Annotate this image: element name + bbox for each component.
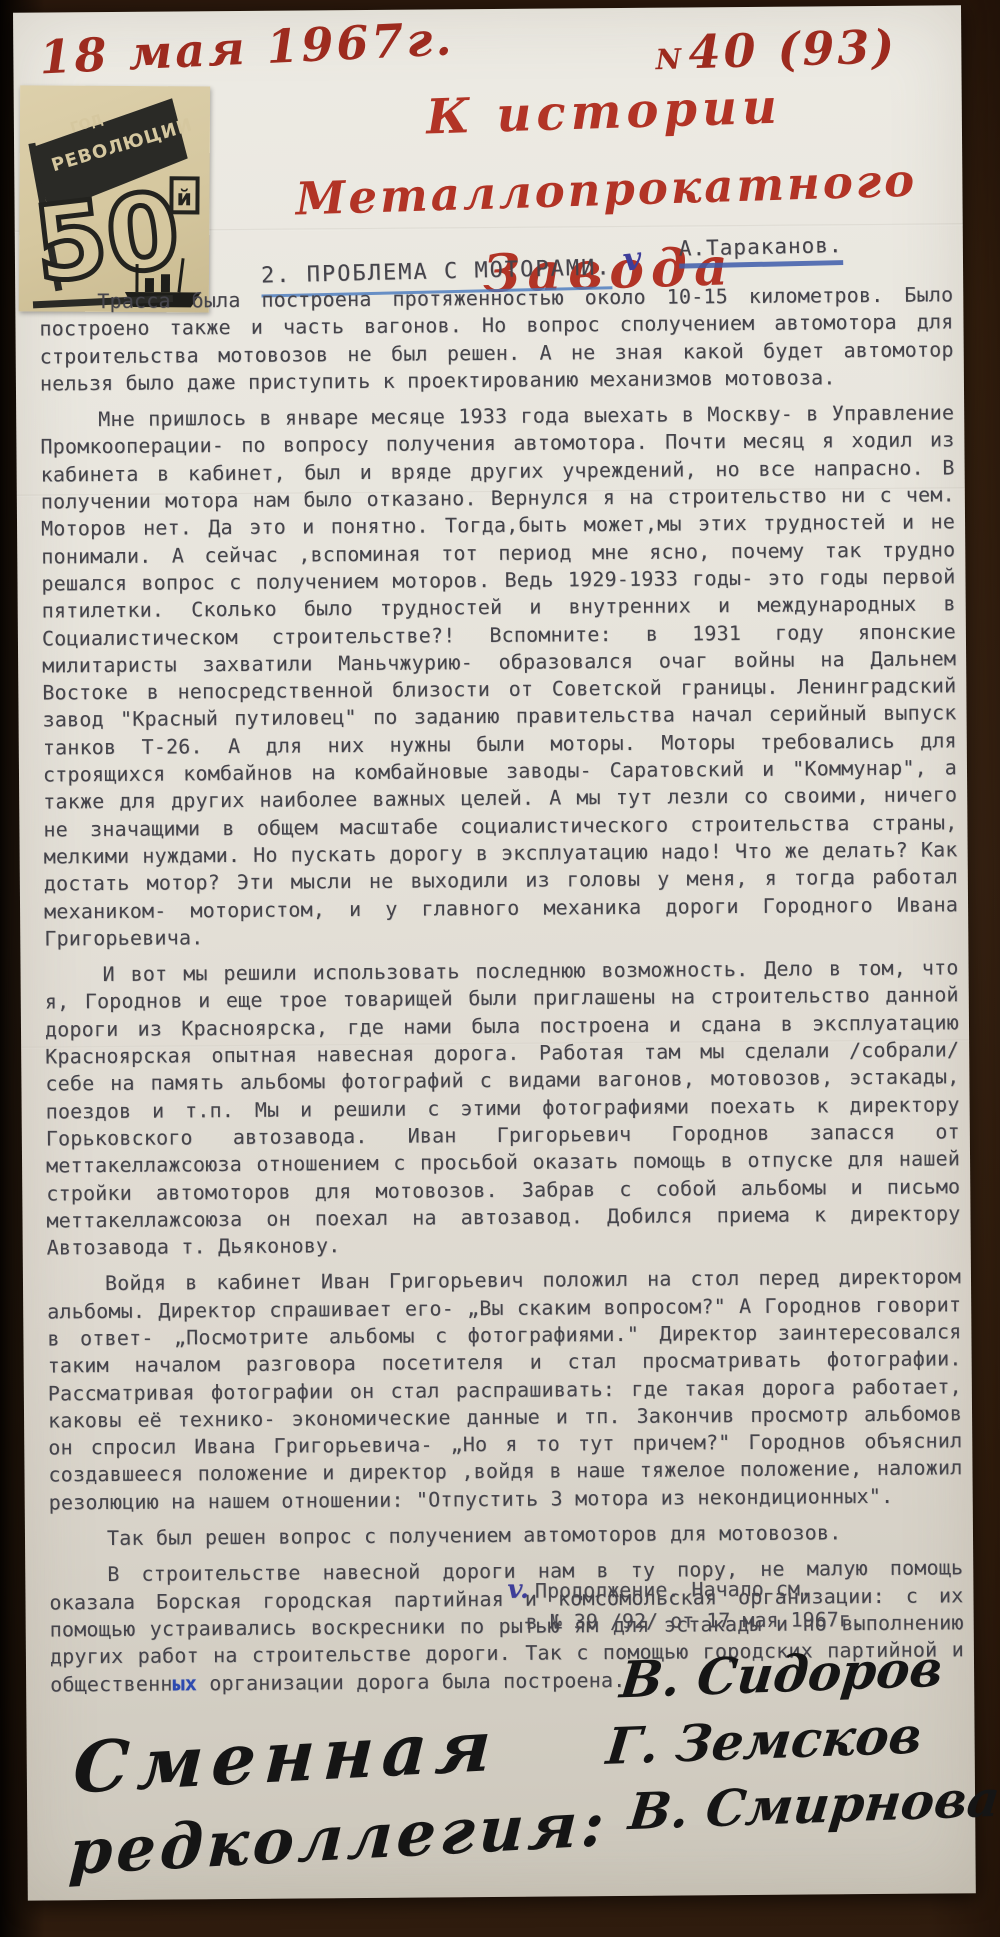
- article-body: Трасса была построена протяженностью око…: [39, 281, 964, 1707]
- scanned-document-scene: 18 мая 1967г. N 40 (93) ГОД РЕВОЛЮЦИИ 50…: [0, 0, 1000, 1937]
- document-page: 18 мая 1967г. N 40 (93) ГОД РЕВОЛЮЦИИ 50…: [13, 5, 976, 1900]
- continuation-note: v.Продолжение. Начало см. в № 39 /92/ от…: [507, 1572, 863, 1638]
- anniversary-stamp: ГОД РЕВОЛЮЦИИ 50 й: [19, 85, 210, 312]
- revolution-50-emblem: ГОД РЕВОЛЮЦИИ 50 й: [19, 85, 210, 312]
- body-paragraph: Трасса была построена протяженностью око…: [39, 281, 954, 397]
- signatures: В. Сидоров Г. Земсков В. Смирнова: [619, 1634, 1000, 1845]
- author-byline: А.Тараканов.: [679, 233, 843, 269]
- body-paragraph: Так был решен вопрос с получением автомо…: [49, 1518, 963, 1552]
- paragraph-text: организации дорога была построена.: [197, 1668, 626, 1695]
- stamp-number-suffix: й: [176, 186, 192, 211]
- ink-correction: ых: [172, 1671, 197, 1695]
- signature: В. Смирнова: [626, 1766, 1000, 1846]
- editorial-board-label: Сменная редколлегия:: [67, 1697, 615, 1894]
- ink-continuation-mark: v.: [507, 1575, 529, 1605]
- note-text: Продолжение. Начало см.: [535, 1576, 812, 1602]
- body-paragraph: И вот мы решили использовать последнюю в…: [44, 954, 960, 1261]
- continuation-note-line-2: в № 39 /92/ от 17 мая 1967г.: [508, 1604, 863, 1638]
- handwritten-date: 18 мая 1967г.: [38, 11, 455, 84]
- body-paragraph: Войдя в кабинет Иван Григорьевич положил…: [47, 1264, 963, 1517]
- continuation-note-line-1: v.Продолжение. Начало см.: [507, 1572, 862, 1607]
- body-paragraph: Мне пришлось в январе месяце 1933 года в…: [40, 400, 958, 953]
- ink-insertion-mark: v: [621, 239, 644, 279]
